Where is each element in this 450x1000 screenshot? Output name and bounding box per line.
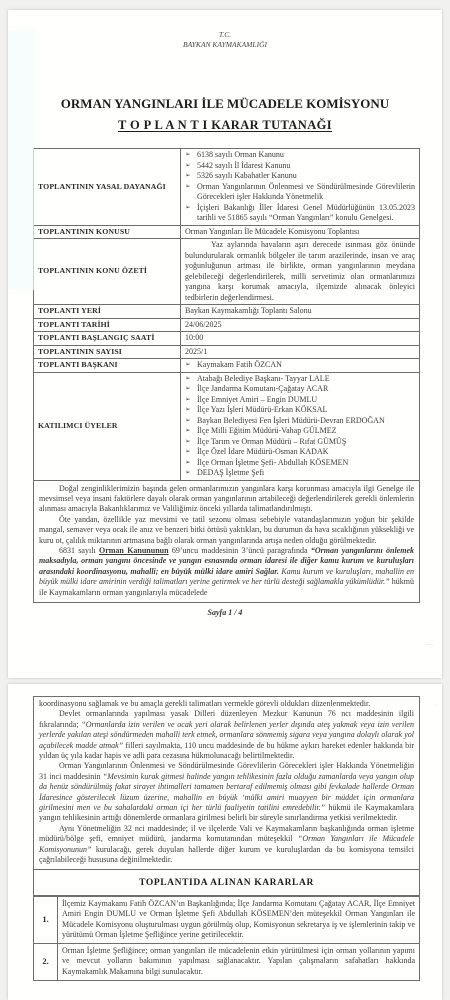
meta-row: TOPLANTININ KONU ÖZETİYaz aylarında hava… <box>34 239 420 305</box>
body-paragraph: Devlet ormanlarında yapılması yasak Dill… <box>39 709 414 761</box>
arrow-bullet-icon: ➢ <box>185 437 197 448</box>
document-title-line2: T O P L A N T I KARAR TUTANAĞI <box>8 117 442 133</box>
scan-pencil-mark: · <box>434 700 437 710</box>
bullet-item-text: İlçe Orman İşletme Şefi- Abdullah KÖSEME… <box>197 458 415 469</box>
arrow-bullet-icon: ➢ <box>185 384 197 395</box>
letterhead: T.C. BAYKAN KAYMAKAMLIĞI <box>8 30 442 49</box>
meta-row: TOPLANTI BAŞKANI➢Kaymakam Fatih ÖZCAN <box>34 359 420 373</box>
bullet-item: ➢5442 sayılı İl İdaresi Kanunu <box>185 161 415 172</box>
bullet-item-text: Baykan Belediyesi Fen İşleri Müdürü-Devr… <box>197 416 415 427</box>
decision-number: 2. <box>34 943 58 980</box>
meta-row: TOPLANTININ YASAL DAYANAĞI➢6138 sayılı O… <box>34 149 420 226</box>
meta-row-value: ➢Kaymakam Fatih ÖZCAN <box>181 359 420 373</box>
bullet-item-text: 5442 sayılı İl İdaresi Kanunu <box>197 161 415 172</box>
meta-row-label: TOPLANTI YERİ <box>34 305 181 319</box>
arrow-bullet-icon: ➢ <box>185 374 197 385</box>
meta-row-value: 2025/1 <box>181 345 420 359</box>
decisions-table: 1.İlçemiz Kaymakamı Fatih ÖZCAN’ın Başka… <box>33 896 420 981</box>
page-2: koordinasyonu sağlamak ve bu amaçla gere… <box>8 684 442 1000</box>
meta-row: TOPLANTI YERİBaykan Kaymakamlığı Toplant… <box>34 305 420 319</box>
bullet-item: ➢İlçe Jandarma Komutanı-Çağatay ACAR <box>185 384 415 395</box>
arrow-bullet-icon: ➢ <box>185 458 197 469</box>
body-paragraph: koordinasyonu sağlamak ve bu amaçla gere… <box>39 699 414 709</box>
body-paragraph: 6831 sayılı Orman Kanununun 69’uncu madd… <box>39 546 414 598</box>
bullet-item: ➢İçişleri Bakanlığı İller İdaresi Genel … <box>185 203 415 224</box>
bullet-item-text: İlçe Tarım ve Orman Müdürü – Rıfat GÜMÜŞ <box>197 437 415 448</box>
bullet-item: ➢İlçe Milli Eğitim Müdürü-Vahap GÜLMEZ <box>185 426 415 437</box>
letterhead-office: BAYKAN KAYMAKAMLIĞI <box>8 40 442 50</box>
arrow-bullet-icon: ➢ <box>185 447 197 458</box>
page-number: Sayfa 1 / 4 <box>8 608 442 617</box>
meta-row-label: TOPLANTININ KONU ÖZETİ <box>34 239 181 305</box>
meta-row-label: KATILIMCI ÜYELER <box>34 372 181 480</box>
page1-body-text: Doğal zenginliklerimizin başında gelen o… <box>33 481 420 603</box>
bullet-item: ➢İlçe Emniyet Amiri – Engin DUMLU <box>185 395 415 406</box>
bullet-item-text: 5326 sayılı Kabahatler Kanunu <box>197 171 415 182</box>
body-paragraph: Öte yandan, özellikle yaz mevsimi ve tat… <box>39 515 414 546</box>
bullet-item-text: İlçe Milli Eğitim Müdürü-Vahap GÜLMEZ <box>197 426 415 437</box>
meta-row: KATILIMCI ÜYELER➢Atabağı Belediye Başkan… <box>34 372 420 480</box>
decision-text: İlçemiz Kaymakamı Fatih ÖZCAN’ın Başkanl… <box>58 896 420 943</box>
arrow-bullet-icon: ➢ <box>185 161 197 172</box>
page-1: T.C. BAYKAN KAYMAKAMLIĞI ORMAN YANGINLAR… <box>8 10 442 678</box>
bullet-item-text: 6138 sayılı Orman Kanunu <box>197 150 415 161</box>
meta-row: TOPLANTI BAŞLANGIÇ SAATİ10:00 <box>34 332 420 346</box>
letterhead-republic: T.C. <box>8 30 442 40</box>
meta-row-label: TOPLANTI BAŞKANI <box>34 359 181 373</box>
body-paragraph: Doğal zenginliklerimizin başında gelen o… <box>39 484 414 515</box>
meta-row-label: TOPLANTI TARİHİ <box>34 318 181 332</box>
page2-body-text: koordinasyonu sağlamak ve bu amaçla gere… <box>33 696 420 870</box>
meta-row-label: TOPLANTI BAŞLANGIÇ SAATİ <box>34 332 181 346</box>
arrow-bullet-icon: ➢ <box>185 360 197 371</box>
scan-pencil-mark: ⌒ <box>425 642 434 655</box>
meta-row-value: Baykan Kaymakamlığı Toplantı Salonu <box>181 305 420 319</box>
meta-row-value: ➢6138 sayılı Orman Kanunu➢5442 sayılı İl… <box>181 149 420 226</box>
arrow-bullet-icon: ➢ <box>185 182 197 203</box>
arrow-bullet-icon: ➢ <box>185 405 197 416</box>
arrow-bullet-icon: ➢ <box>185 150 197 161</box>
arrow-bullet-icon: ➢ <box>185 468 197 479</box>
bullet-item-text: Orman Yangınlarının Önlenmesi ve Söndürü… <box>197 182 415 203</box>
meta-row-value: Yaz aylarında havaların aşırı derecede ı… <box>181 239 420 305</box>
meta-row-label: TOPLANTININ KONUSU <box>34 225 181 239</box>
meta-row: TOPLANTI TARİHİ24/06/2025 <box>34 318 420 332</box>
bullet-item-text: DEDAŞ İşletme Şefi <box>197 468 415 479</box>
bullet-item: ➢6138 sayılı Orman Kanunu <box>185 150 415 161</box>
document-title-line1: ORMAN YANGINLARI İLE MÜCADELE KOMİSYONU <box>8 96 442 112</box>
body-paragraph: Aynı Yönetmeliğin 32 nci maddesinde; il … <box>39 824 414 866</box>
meta-row-value: ➢Atabağı Belediye Başkanı- Tayyar LALE➢İ… <box>181 372 420 480</box>
bullet-item: ➢5326 sayılı Kabahatler Kanunu <box>185 171 415 182</box>
meta-row: TOPLANTININ SAYISI2025/1 <box>34 345 420 359</box>
decision-text: Orman İşletme Şefliğince; orman yangınla… <box>58 943 420 980</box>
bullet-item: ➢İlçe Yazı İşleri Müdürü-Erkan KÖKSAL <box>185 405 415 416</box>
bullet-item: ➢Atabağı Belediye Başkanı- Tayyar LALE <box>185 374 415 385</box>
bullet-item: ➢DEDAŞ İşletme Şefi <box>185 468 415 479</box>
bullet-item-text: İlçe Yazı İşleri Müdürü-Erkan KÖKSAL <box>197 405 415 416</box>
arrow-bullet-icon: ➢ <box>185 416 197 427</box>
meta-row-value: 24/06/2025 <box>181 318 420 332</box>
arrow-bullet-icon: ➢ <box>185 171 197 182</box>
bullet-item-text: İçişleri Bakanlığı İller İdaresi Genel M… <box>197 203 415 224</box>
bullet-item-text: İlçe Emniyet Amiri – Engin DUMLU <box>197 395 415 406</box>
decision-row: 1.İlçemiz Kaymakamı Fatih ÖZCAN’ın Başka… <box>34 896 420 943</box>
bullet-item: ➢Baykan Belediyesi Fen İşleri Müdürü-Dev… <box>185 416 415 427</box>
meta-row-label: TOPLANTININ YASAL DAYANAĞI <box>34 149 181 226</box>
bullet-item: ➢İlçe Özel İdare Müdürü-Osman KADAK <box>185 447 415 458</box>
bullet-item: ➢Orman Yangınlarının Önlenmesi ve Söndür… <box>185 182 415 203</box>
bullet-item: ➢İlçe Tarım ve Orman Müdürü – Rıfat GÜMÜ… <box>185 437 415 448</box>
decision-number: 1. <box>34 896 58 943</box>
bullet-item-text: İlçe Jandarma Komutanı-Çağatay ACAR <box>197 384 415 395</box>
bullet-item: ➢İlçe Orman İşletme Şefi- Abdullah KÖSEM… <box>185 458 415 469</box>
meta-row-label: TOPLANTININ SAYISI <box>34 345 181 359</box>
meta-row-value: Orman Yangınları İle Mücadele Komisyonu … <box>181 225 420 239</box>
body-paragraph: Orman Yangınlarının Önlenmesi ve Söndürü… <box>39 761 414 823</box>
decision-row: 2.Orman İşletme Şefliğince; orman yangın… <box>34 943 420 980</box>
meta-row-value: 10:00 <box>181 332 420 346</box>
meeting-info-table: TOPLANTININ YASAL DAYANAĞI➢6138 sayılı O… <box>33 148 420 481</box>
arrow-bullet-icon: ➢ <box>185 395 197 406</box>
bullet-item-text: Kaymakam Fatih ÖZCAN <box>197 360 415 371</box>
scanned-document-view: T.C. BAYKAN KAYMAKAMLIĞI ORMAN YANGINLAR… <box>0 0 450 1000</box>
bullet-item: ➢Kaymakam Fatih ÖZCAN <box>185 360 415 371</box>
meta-row: TOPLANTININ KONUSUOrman Yangınları İle M… <box>34 225 420 239</box>
arrow-bullet-icon: ➢ <box>185 426 197 437</box>
arrow-bullet-icon: ➢ <box>185 203 197 224</box>
bullet-item-text: İlçe Özel İdare Müdürü-Osman KADAK <box>197 447 415 458</box>
decisions-heading: TOPLANTIDA ALINAN KARARLAR <box>33 870 420 896</box>
bullet-item-text: Atabağı Belediye Başkanı- Tayyar LALE <box>197 374 415 385</box>
